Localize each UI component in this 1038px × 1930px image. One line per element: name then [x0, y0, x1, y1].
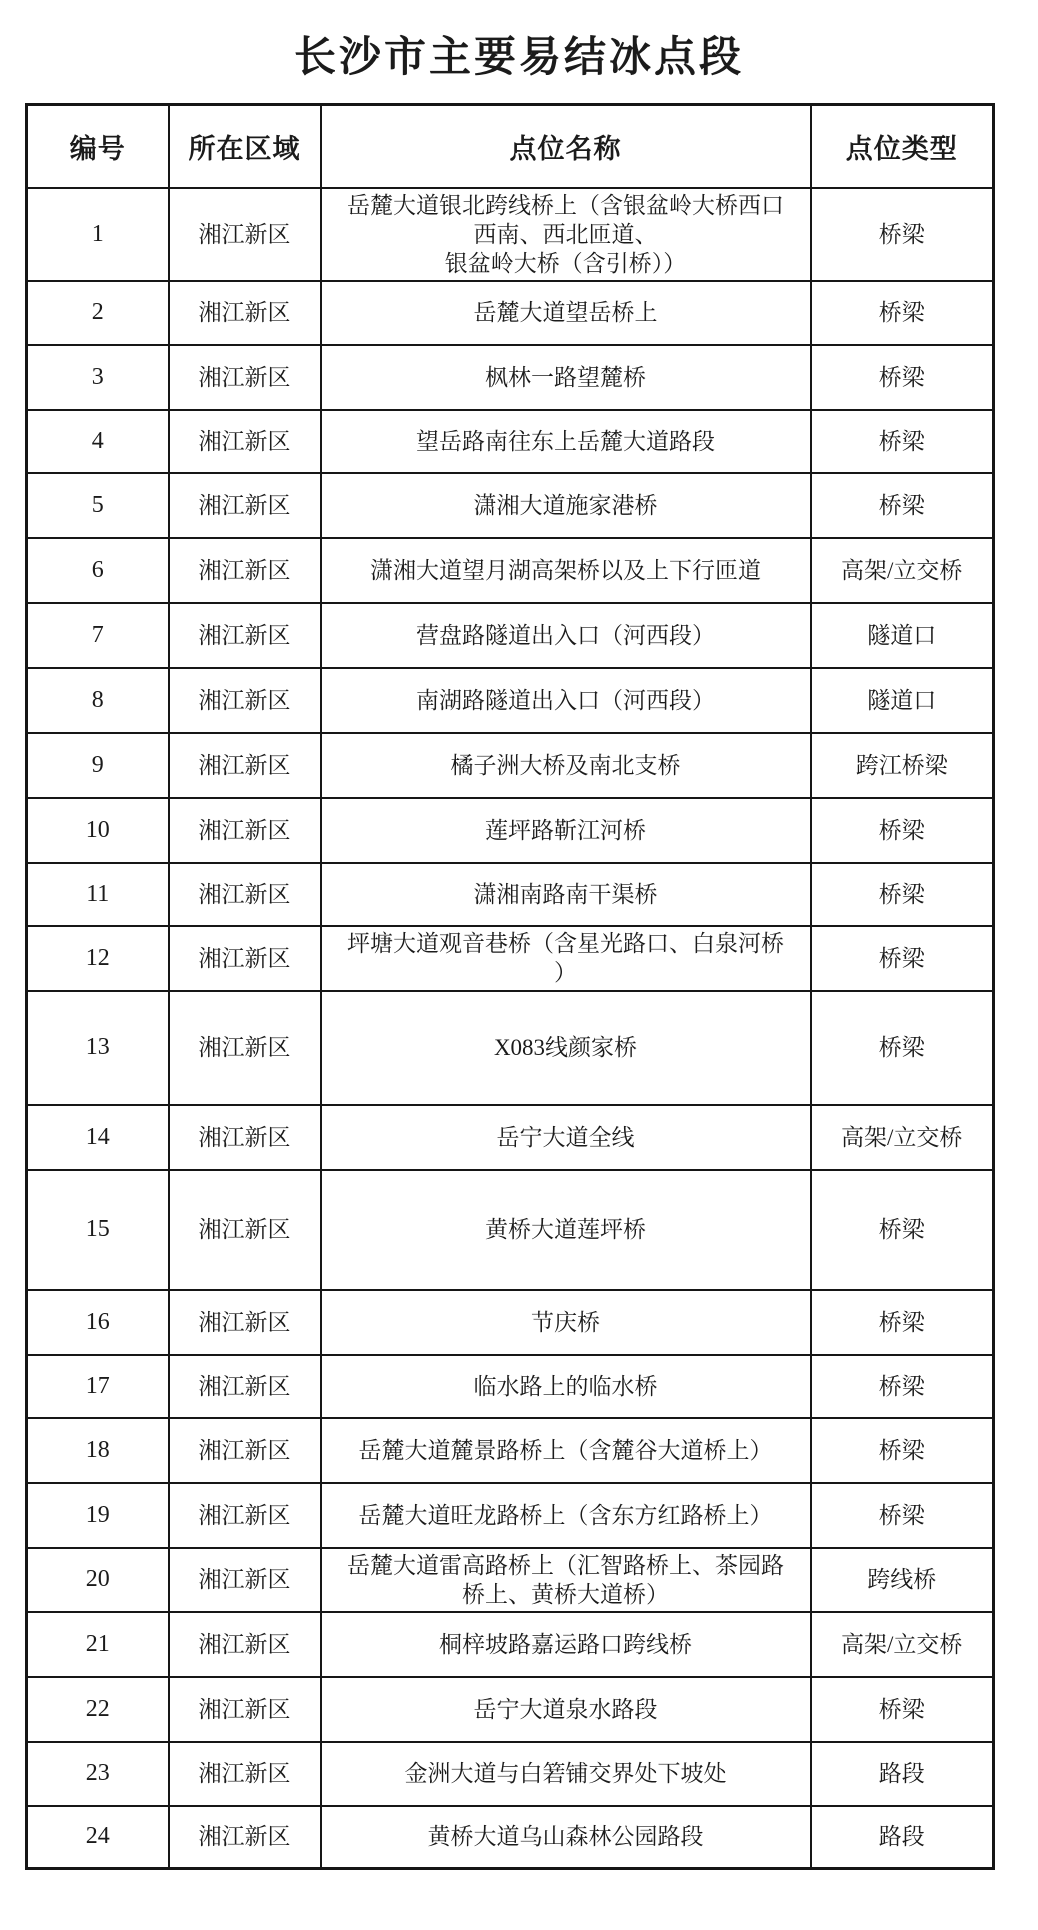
cell-name: 岳麓大道银北跨线桥上（含银盆岭大桥西口 西南、西北匝道、 银盆岭大桥（含引桥））	[321, 188, 811, 281]
cell-id: 18	[27, 1418, 169, 1483]
cell-name: 营盘路隧道出入口（河西段）	[321, 603, 811, 668]
cell-type: 高架/立交桥	[811, 1105, 994, 1170]
table-row: 21湘江新区桐梓坡路嘉运路口跨线桥高架/立交桥	[27, 1612, 994, 1677]
header-cell-district: 所在区域	[169, 105, 321, 188]
table-row: 16湘江新区节庆桥桥梁	[27, 1290, 994, 1355]
cell-type: 隧道口	[811, 668, 994, 733]
cell-type: 路段	[811, 1806, 994, 1869]
cell-district: 湘江新区	[169, 603, 321, 668]
cell-id: 1	[27, 188, 169, 281]
cell-name: 临水路上的临水桥	[321, 1355, 811, 1418]
cell-name: 潇湘大道望月湖高架桥以及上下行匝道	[321, 538, 811, 603]
table-row: 7湘江新区营盘路隧道出入口（河西段）隧道口	[27, 603, 994, 668]
cell-name: 潇湘南路南干渠桥	[321, 863, 811, 926]
cell-district: 湘江新区	[169, 1742, 321, 1806]
table-row: 9湘江新区橘子洲大桥及南北支桥跨江桥梁	[27, 733, 994, 798]
cell-district: 湘江新区	[169, 410, 321, 473]
table-row: 22湘江新区岳宁大道泉水路段桥梁	[27, 1677, 994, 1742]
table-row: 24湘江新区黄桥大道乌山森林公园路段路段	[27, 1806, 994, 1869]
cell-district: 湘江新区	[169, 991, 321, 1105]
cell-type: 桥梁	[811, 345, 994, 410]
cell-type: 高架/立交桥	[811, 1612, 994, 1677]
cell-name: 望岳路南往东上岳麓大道路段	[321, 410, 811, 473]
table-row: 6湘江新区潇湘大道望月湖高架桥以及上下行匝道高架/立交桥	[27, 538, 994, 603]
cell-district: 湘江新区	[169, 1170, 321, 1290]
cell-id: 17	[27, 1355, 169, 1418]
table-row: 15湘江新区黄桥大道莲坪桥桥梁	[27, 1170, 994, 1290]
cell-district: 湘江新区	[169, 188, 321, 281]
header-cell-id: 编号	[27, 105, 169, 188]
cell-district: 湘江新区	[169, 538, 321, 603]
cell-type: 桥梁	[811, 473, 994, 538]
table-row: 4湘江新区望岳路南往东上岳麓大道路段桥梁	[27, 410, 994, 473]
cell-district: 湘江新区	[169, 1548, 321, 1612]
cell-type: 桥梁	[811, 1290, 994, 1355]
cell-type: 桥梁	[811, 281, 994, 345]
cell-type: 桥梁	[811, 1677, 994, 1742]
page: 长沙市主要易结冰点段 编号 所在区域 点位名称 点位类型 1湘江新区岳麓大道银北…	[0, 0, 1038, 1930]
table-row: 18湘江新区岳麓大道麓景路桥上（含麓谷大道桥上）桥梁	[27, 1418, 994, 1483]
cell-id: 6	[27, 538, 169, 603]
table-row: 10湘江新区莲坪路靳江河桥桥梁	[27, 798, 994, 863]
cell-type: 路段	[811, 1742, 994, 1806]
cell-type: 桥梁	[811, 1170, 994, 1290]
cell-name: 金洲大道与白箬铺交界处下坡处	[321, 1742, 811, 1806]
cell-name: 岳麓大道雷高路桥上（汇智路桥上、茶园路 桥上、黄桥大道桥）	[321, 1548, 811, 1612]
cell-id: 11	[27, 863, 169, 926]
cell-id: 5	[27, 473, 169, 538]
table-row: 14湘江新区岳宁大道全线高架/立交桥	[27, 1105, 994, 1170]
cell-id: 7	[27, 603, 169, 668]
table-row: 5湘江新区潇湘大道施家港桥桥梁	[27, 473, 994, 538]
cell-name: X083线颜家桥	[321, 991, 811, 1105]
cell-district: 湘江新区	[169, 926, 321, 991]
cell-type: 桥梁	[811, 926, 994, 991]
cell-type: 桥梁	[811, 410, 994, 473]
cell-id: 12	[27, 926, 169, 991]
table-row: 8湘江新区南湖路隧道出入口（河西段）隧道口	[27, 668, 994, 733]
cell-type: 桥梁	[811, 798, 994, 863]
cell-id: 20	[27, 1548, 169, 1612]
cell-type: 桥梁	[811, 188, 994, 281]
cell-name: 橘子洲大桥及南北支桥	[321, 733, 811, 798]
table-row: 2湘江新区岳麓大道望岳桥上桥梁	[27, 281, 994, 345]
cell-id: 13	[27, 991, 169, 1105]
cell-name: 节庆桥	[321, 1290, 811, 1355]
cell-name: 坪塘大道观音巷桥（含星光路口、白泉河桥 ）	[321, 926, 811, 991]
cell-id: 15	[27, 1170, 169, 1290]
cell-id: 2	[27, 281, 169, 345]
cell-type: 跨江桥梁	[811, 733, 994, 798]
cell-id: 8	[27, 668, 169, 733]
table-row: 17湘江新区临水路上的临水桥桥梁	[27, 1355, 994, 1418]
cell-id: 24	[27, 1806, 169, 1869]
cell-district: 湘江新区	[169, 1418, 321, 1483]
cell-district: 湘江新区	[169, 1105, 321, 1170]
table-row: 3湘江新区枫林一路望麓桥桥梁	[27, 345, 994, 410]
cell-name: 黄桥大道莲坪桥	[321, 1170, 811, 1290]
cell-name: 岳麓大道麓景路桥上（含麓谷大道桥上）	[321, 1418, 811, 1483]
cell-district: 湘江新区	[169, 863, 321, 926]
cell-id: 10	[27, 798, 169, 863]
cell-district: 湘江新区	[169, 1806, 321, 1869]
cell-id: 22	[27, 1677, 169, 1742]
cell-type: 隧道口	[811, 603, 994, 668]
ice-points-table: 编号 所在区域 点位名称 点位类型 1湘江新区岳麓大道银北跨线桥上（含银盆岭大桥…	[25, 103, 995, 1870]
cell-district: 湘江新区	[169, 733, 321, 798]
cell-type: 桥梁	[811, 1418, 994, 1483]
table-row: 1湘江新区岳麓大道银北跨线桥上（含银盆岭大桥西口 西南、西北匝道、 银盆岭大桥（…	[27, 188, 994, 281]
cell-name: 莲坪路靳江河桥	[321, 798, 811, 863]
cell-name: 枫林一路望麓桥	[321, 345, 811, 410]
cell-name: 桐梓坡路嘉运路口跨线桥	[321, 1612, 811, 1677]
cell-id: 21	[27, 1612, 169, 1677]
cell-district: 湘江新区	[169, 668, 321, 733]
table-row: 11湘江新区潇湘南路南干渠桥桥梁	[27, 863, 994, 926]
cell-type: 桥梁	[811, 991, 994, 1105]
cell-district: 湘江新区	[169, 345, 321, 410]
table-row: 20湘江新区岳麓大道雷高路桥上（汇智路桥上、茶园路 桥上、黄桥大道桥）跨线桥	[27, 1548, 994, 1612]
cell-id: 19	[27, 1483, 169, 1548]
table-row: 12湘江新区坪塘大道观音巷桥（含星光路口、白泉河桥 ）桥梁	[27, 926, 994, 991]
cell-district: 湘江新区	[169, 798, 321, 863]
cell-name: 黄桥大道乌山森林公园路段	[321, 1806, 811, 1869]
header-row: 编号 所在区域 点位名称 点位类型	[27, 105, 994, 188]
table-row: 19湘江新区岳麓大道旺龙路桥上（含东方红路桥上）桥梁	[27, 1483, 994, 1548]
page-title: 长沙市主要易结冰点段	[0, 34, 1038, 80]
table-row: 13湘江新区X083线颜家桥桥梁	[27, 991, 994, 1105]
header-cell-name: 点位名称	[321, 105, 811, 188]
table-header: 编号 所在区域 点位名称 点位类型	[27, 105, 994, 188]
cell-id: 3	[27, 345, 169, 410]
cell-id: 9	[27, 733, 169, 798]
cell-name: 潇湘大道施家港桥	[321, 473, 811, 538]
cell-district: 湘江新区	[169, 1290, 321, 1355]
cell-district: 湘江新区	[169, 281, 321, 345]
cell-district: 湘江新区	[169, 1355, 321, 1418]
cell-type: 跨线桥	[811, 1548, 994, 1612]
cell-type: 桥梁	[811, 863, 994, 926]
header-cell-type: 点位类型	[811, 105, 994, 188]
cell-type: 桥梁	[811, 1355, 994, 1418]
cell-district: 湘江新区	[169, 473, 321, 538]
cell-name: 岳宁大道全线	[321, 1105, 811, 1170]
table-row: 23湘江新区金洲大道与白箬铺交界处下坡处路段	[27, 1742, 994, 1806]
cell-district: 湘江新区	[169, 1483, 321, 1548]
cell-name: 岳宁大道泉水路段	[321, 1677, 811, 1742]
cell-name: 岳麓大道望岳桥上	[321, 281, 811, 345]
cell-id: 16	[27, 1290, 169, 1355]
table-body: 1湘江新区岳麓大道银北跨线桥上（含银盆岭大桥西口 西南、西北匝道、 银盆岭大桥（…	[27, 188, 994, 1869]
cell-district: 湘江新区	[169, 1677, 321, 1742]
cell-district: 湘江新区	[169, 1612, 321, 1677]
cell-id: 4	[27, 410, 169, 473]
cell-name: 南湖路隧道出入口（河西段）	[321, 668, 811, 733]
cell-type: 高架/立交桥	[811, 538, 994, 603]
cell-name: 岳麓大道旺龙路桥上（含东方红路桥上）	[321, 1483, 811, 1548]
cell-id: 23	[27, 1742, 169, 1806]
cell-type: 桥梁	[811, 1483, 994, 1548]
cell-id: 14	[27, 1105, 169, 1170]
